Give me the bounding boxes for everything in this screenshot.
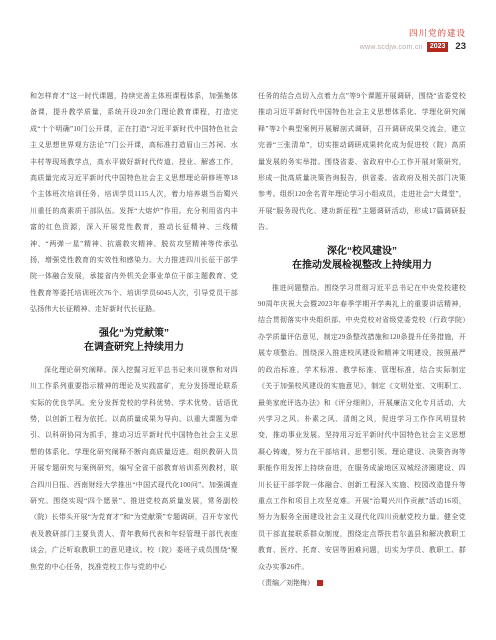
column-right: 任务的结合点切入点着力点”等9个课题开展调研，围绕“省委党校推动习近平新时代中国… — [258, 88, 466, 591]
paragraph-research: 深化理论研究阐释。深入挖掘习近平总书记来川视察和对四川工作系列重要指示精神的理论… — [30, 362, 238, 575]
section-heading-line1: 深化“校风建设” — [258, 245, 466, 259]
page-header: 四川党的建设 www.scdjw.com.cn 2023 23 — [360, 28, 466, 53]
section-heading-strengthen-advice: 强化“为党献策” 在调查研究上持续用力 — [30, 327, 238, 355]
section-heading-line2: 在推动发展检视整改上持续用力 — [258, 259, 466, 273]
article-body: 和怎样育才”这一时代课题，持续完善主体班课程体系，加强集体备课，提升教学质量，系… — [30, 88, 466, 591]
magazine-title: 四川党的建设 — [360, 28, 466, 39]
editor-credit: （责编／刘艳梅） — [258, 575, 314, 591]
section-heading-line2: 在调查研究上持续用力 — [30, 341, 238, 355]
magazine-page: 四川党的建设 www.scdjw.com.cn 2023 23 和怎样育才”这一… — [0, 0, 496, 640]
article-end-mark-icon — [317, 580, 323, 586]
year-badge: 2023 — [427, 42, 449, 52]
section-heading-line1: 强化“为党献策” — [30, 327, 238, 341]
paragraph-rectification: 推进问题整治。围绕学习贯彻习近平总书记在中央党校建校90周年庆祝大会暨2023年… — [258, 280, 466, 575]
page-number: 23 — [455, 41, 466, 53]
column-left: 和怎样育才”这一时代课题，持续完善主体班课程体系，加强集体备课，提升教学质量，系… — [30, 88, 238, 591]
header-meta: www.scdjw.com.cn 2023 23 — [360, 41, 466, 53]
magazine-website: www.scdjw.com.cn — [360, 43, 423, 52]
editor-credit-line: （责编／刘艳梅） — [258, 575, 466, 591]
paragraph-continuation: 和怎样育才”这一时代课题，持续完善主体班课程体系，加强集体备课，提升教学质量，系… — [30, 88, 238, 318]
paragraph-continuation-2: 任务的结合点切入点着力点”等9个课题开展调研，围绕“省委党校推动习近平新时代中国… — [258, 88, 466, 236]
section-heading-school-style: 深化“校风建设” 在推动发展检视整改上持续用力 — [258, 245, 466, 273]
